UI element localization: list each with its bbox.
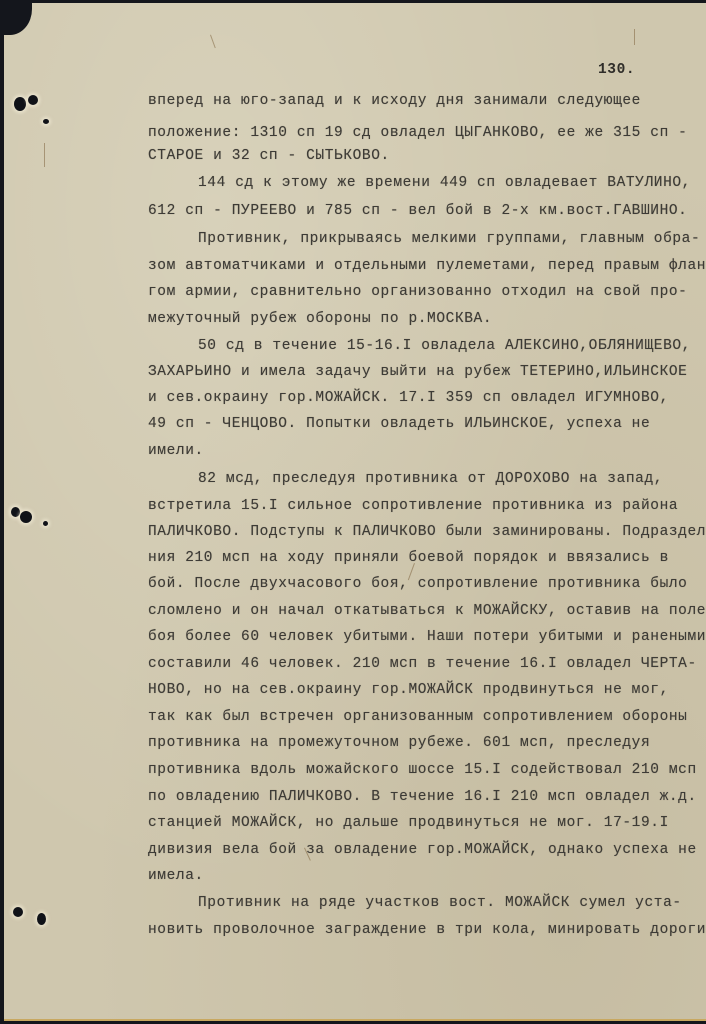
page-number: 130. (598, 62, 635, 78)
text-line: противника на промежуточном рубеже. 601 … (148, 735, 650, 751)
typewritten-text: 130. вперед на юго-запад и к исходу дня … (0, 0, 706, 1024)
text-line: положение: 1310 сп 19 сд овладел ЦЫГАНКО… (148, 125, 687, 141)
text-line: дивизия вела бой за овладение гор.МОЖАЙС… (148, 842, 697, 858)
text-line: имели. (148, 443, 204, 459)
text-line: 612 сп - ПУРЕЕВО и 785 сп - вел бой в 2-… (148, 203, 687, 219)
text-line: ЗАХАРЬИНО и имела задачу выйти на рубеж … (148, 364, 687, 380)
text-line: сломлено и он начал откатываться к МОЖАЙ… (148, 603, 706, 619)
text-line: вперед на юго-запад и к исходу дня заним… (148, 93, 641, 109)
text-line: Противник на ряде участков вост. МОЖАЙСК… (198, 895, 682, 911)
text-line: гом армии, сравнительно организованно от… (148, 284, 687, 300)
text-line: и сев.окраину гор.МОЖАЙСК. 17.I 359 сп о… (148, 390, 669, 406)
text-line: составили 46 человек. 210 мсп в течение … (148, 656, 697, 672)
scanned-document: 130. вперед на юго-запад и к исходу дня … (0, 0, 706, 1024)
text-line: 82 мсд, преследуя противника от ДОРОХОВО… (198, 471, 663, 487)
text-line: 50 сд в течение 15-16.I овладела АЛЕКСИН… (198, 338, 691, 354)
text-line: имела. (148, 868, 204, 884)
text-line: станцией МОЖАЙСК, но дальше продвинуться… (148, 815, 669, 831)
text-line: Противник, прикрываясь мелкими группами,… (198, 231, 700, 247)
text-line: бой. После двухчасового боя, сопротивлен… (148, 576, 687, 592)
text-line: противника вдоль можайского шоссе 15.I с… (148, 762, 697, 778)
text-line: так как был встречен организованным сопр… (148, 709, 687, 725)
text-line: ния 210 мсп на ходу приняли боевой поряд… (148, 550, 669, 566)
text-line: боя более 60 человек убитыми. Наши потер… (148, 629, 706, 645)
text-line: ПАЛИЧКОВО. Подступы к ПАЛИЧКОВО были зам… (148, 524, 706, 540)
text-line: СТАРОЕ и 32 сп - СЫТЬКОВО. (148, 148, 390, 164)
text-line: зом автоматчиками и отдельными пулеметам… (148, 258, 706, 274)
text-line: 144 сд к этому же времени 449 сп овладев… (198, 175, 691, 191)
text-line: по овладению ПАЛИЧКОВО. В течение 16.I 2… (148, 789, 697, 805)
text-line: встретила 15.I сильное сопротивление про… (148, 498, 678, 514)
text-line: НОВО, но на сев.окраину гор.МОЖАЙСК прод… (148, 682, 669, 698)
text-line: 49 сп - ЧЕНЦОВО. Попытки овладеть ИЛЬИНС… (148, 416, 650, 432)
text-line: новить проволочное заграждение в три кол… (148, 922, 706, 938)
text-line: межуточный рубеж обороны по р.МОСКВА. (148, 311, 492, 327)
